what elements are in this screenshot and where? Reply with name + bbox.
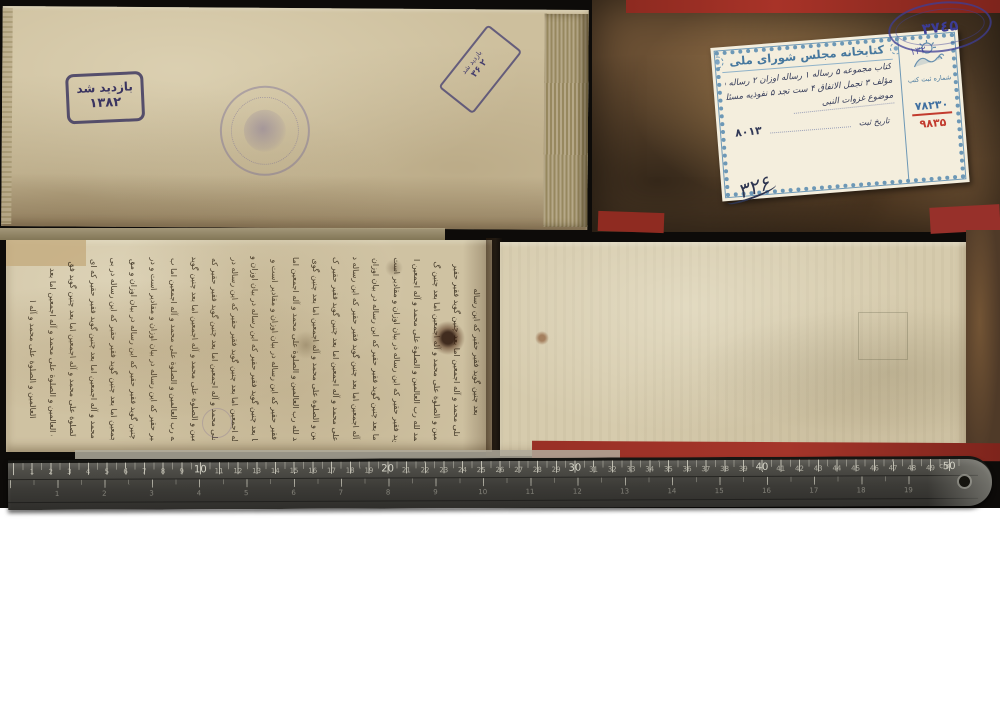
ruler-cm-number: 11	[215, 467, 224, 475]
ruler-cm-number: 50	[943, 461, 956, 472]
diagonal-inspection-stamp: بازدید شد ۳۶ ۲	[438, 24, 522, 114]
ruler-inch-number: 14	[667, 487, 676, 495]
manuscript-text-column: الحمد لله رب العالمین و الصلوة علی محمد …	[309, 258, 322, 440]
ruler-cm-number: 22	[421, 466, 430, 474]
ruler-inch-number: 8	[386, 488, 391, 496]
ruler-cm-number: 48	[907, 464, 916, 472]
ruler-cm-number: 15	[290, 467, 299, 475]
manuscript-text-column: من الرحیم الحمد لله رب العالمین و الصلوة…	[46, 268, 59, 436]
ruler-inch-number: 1	[55, 490, 60, 498]
manuscript-text-column: آله اجمعین اما بعد چنین گوید فقیر حقیر ک…	[127, 259, 140, 440]
manuscript-text-column: یم الحمد لله رب العالمین و الصلوة علی مح…	[430, 261, 443, 440]
manuscript-text-column: لصلوة علی محمد و آله اجمعین اما بعد چنین…	[349, 256, 362, 440]
manuscript-text-column: اما بعد چنین گوید فقیر حقیر که این رساله…	[268, 259, 281, 442]
ruler-inch-number: 5	[244, 489, 249, 497]
ruler-cm-number: 9	[179, 467, 184, 475]
page-stack-left-edge	[1, 8, 13, 224]
rosette-ornament-icon	[715, 56, 724, 69]
manuscript-text-column: ة علی محمد و آله اجمعین اما بعد چنین گوی…	[107, 257, 120, 440]
date-value: ۸۰۱۳	[734, 124, 762, 140]
ruler-cm-number: 43	[814, 465, 823, 473]
manuscript-back-cover: بازدید شد ۱۳۸۲ بازدید شد ۳۶ ۲	[1, 6, 589, 230]
manuscript-text-column: رحمن الرحیم الحمد لله رب العالمین و الصل…	[167, 258, 180, 441]
paper-spots	[500, 242, 970, 456]
ruler-cm-number: 34	[645, 465, 654, 473]
manuscript-text-column: لحمد لله رب العالمین و الصلوة علی محمد و…	[188, 256, 201, 441]
label-inner-frame: شماره ثبت کتب ۷۸۲۳۰ ۹۸۳۵ کتابخانه مجلس ش…	[714, 32, 967, 199]
ruler-inch-number: 10	[478, 488, 487, 496]
right-blank-page	[500, 242, 970, 456]
ruler-cm-number: 7	[142, 468, 147, 476]
inspection-stamp-year: ۱۳۸۲	[69, 94, 142, 113]
ruler-cm-number: 47	[889, 464, 898, 472]
manuscript-text-column: بسم الله الرحمن الرحیم الحمد لله رب العا…	[26, 300, 39, 418]
ruler-cm-number: 42	[795, 465, 804, 473]
ruler-cm-number: 13	[252, 467, 261, 475]
ruler-inch-number: 15	[715, 487, 724, 495]
manuscript-text-column: رب العالمین و الصلوة علی محمد و آله اجمع…	[450, 264, 463, 436]
digitized-manuscript-photo: بازدید شد ۱۳۸۲ بازدید شد ۳۶ ۲	[0, 0, 1000, 707]
manuscript-text-column: الصلوة علی محمد و آله اجمعین اما بعد چنی…	[470, 288, 483, 416]
accession-number: ۳۷٤۵	[921, 16, 960, 38]
ruler-cm-number: 37	[701, 465, 710, 473]
round-library-stamp	[220, 85, 311, 176]
ruler-cm-number: 20	[381, 463, 394, 474]
ruler-cm-number: 18	[346, 467, 355, 475]
ruler-cm-number: 32	[608, 465, 617, 473]
ruler-inch-number: 12	[573, 488, 582, 496]
faint-stamp-impression	[202, 408, 232, 438]
cover-leather-edge	[966, 230, 1000, 460]
ruler-cm-number: 49	[926, 464, 935, 472]
ruler-inch-number: 3	[149, 490, 154, 498]
ruler-cm-number: 21	[402, 466, 411, 474]
ruler-inch-number: 13	[620, 487, 629, 495]
ruler-hanging-hole	[959, 476, 970, 487]
left-page-with-text: بسم الله الرحمن الرحیم الحمد لله رب العا…	[6, 240, 492, 452]
registry-number-blue: ۷۸۲۳۰	[911, 97, 952, 116]
ruler-cm-number: 27	[514, 466, 523, 474]
ruler-cm-number: 14	[271, 467, 280, 475]
ruler-cm-number: 8	[161, 467, 166, 475]
ruler-cm-number: 46	[870, 464, 879, 472]
ruler-cm-number: 41	[776, 465, 785, 473]
inspection-stamp: بازدید شد ۱۳۸۲	[65, 71, 145, 124]
manuscript-text-column: ن اما بعد چنین گوید فقیر حقیر که این رسا…	[390, 257, 403, 442]
manuscript-text-column: المین و الصلوة علی محمد و آله اجمعین اما…	[87, 259, 100, 439]
ruler-cm-number: 26	[495, 466, 504, 474]
ruler-cm-number: 35	[664, 465, 673, 473]
leather-front-cover: شماره ثبت کتب ۷۸۲۳۰ ۹۸۳۵ کتابخانه مجلس ش…	[592, 0, 1000, 232]
metal-ruler: 1234567891011121314151617181920212223242…	[8, 456, 992, 510]
ruler-inch-number: 18	[857, 486, 866, 494]
registry-number-red: ۹۸۳۵	[913, 115, 953, 131]
manuscript-text-column: الرحمن الرحیم الحمد لله رب العالمین و ال…	[289, 257, 302, 441]
label-registry-column: شماره ثبت کتب ۷۸۲۳۰ ۹۸۳۵	[897, 33, 965, 183]
ruler-cm-number: 10	[194, 464, 207, 475]
ruler-cm-number: 28	[533, 466, 542, 474]
ruler-cm-number: 40	[756, 462, 769, 473]
manuscript-text-column: ه الرحمن الرحیم الحمد لله رب العالمین و …	[410, 259, 423, 441]
ruler-cm-number: 5	[105, 468, 110, 476]
ruler-cm-number: 33	[626, 465, 635, 473]
page-stack-fore-edge	[543, 14, 588, 228]
ruler-cm-number: 24	[458, 466, 467, 474]
ruler-inch-number: 16	[762, 487, 771, 495]
ruler-unit-label: cm	[939, 462, 950, 470]
ruler-cm-number: 4	[86, 468, 91, 476]
ruler-inch-number: 17	[809, 487, 818, 495]
label-main-area: کتابخانه مجلس شورای ملی کتاب مجموعه ۵ رس…	[715, 37, 909, 197]
manuscript-text-column: ا بعد چنین گوید فقیر حقیر که این رساله د…	[147, 257, 160, 441]
photo-background: بازدید شد ۱۳۸۲ بازدید شد ۳۶ ۲	[0, 0, 1000, 508]
manuscript-text-column: مد لله رب العالمین و الصلوة علی محمد و آ…	[66, 261, 79, 437]
date-label: تاریخ ثبت	[858, 116, 890, 127]
ruler-inch-number: 9	[433, 488, 438, 496]
page-edge-sliver	[0, 228, 445, 240]
ruler-cm-number: 3	[67, 468, 72, 476]
manuscript-text-column: لوة علی محمد و آله اجمعین اما بعد چنین گ…	[228, 257, 241, 441]
ruler-inch-number: 19	[904, 486, 913, 494]
ruler-inch-number: 7	[339, 489, 344, 497]
ruler-cm-number: 6	[123, 468, 128, 476]
ruler-cm-number: 2	[48, 468, 53, 476]
ruler-cm-number: 36	[683, 465, 692, 473]
ruler-cm-number: 30	[568, 463, 581, 474]
registry-number-label: شماره ثبت کتب	[907, 73, 951, 84]
ruler-inch-number: 6	[291, 489, 296, 497]
manuscript-text-block: بسم الله الرحمن الرحیم الحمد لله رب العا…	[20, 254, 486, 448]
open-manuscript-spread: بسم الله الرحمن الرحیم الحمد لله رب العا…	[0, 228, 1000, 464]
ruler-inch-number: 4	[197, 489, 202, 497]
label-date-row: تاریخ ثبت ۸۰۱۳	[735, 114, 891, 139]
registry-numbers: ۷۸۲۳۰ ۹۸۳۵	[911, 97, 953, 131]
ruler-cm-number: 12	[233, 467, 242, 475]
library-label: شماره ثبت کتب ۷۸۲۳۰ ۹۸۳۵ کتابخانه مجلس ش…	[710, 29, 969, 202]
ruler-cm-number: 45	[851, 464, 860, 472]
ruler-inch-number: 11	[526, 488, 535, 496]
ruler-inch-number: 2	[102, 490, 107, 498]
ruler-cm-number: 39	[739, 465, 748, 473]
manuscript-text-column: العالمین و الصلوة علی محمد و آله اجمعین …	[329, 257, 342, 442]
ruler-cm-number: 44	[832, 465, 841, 473]
ruler-cm-number: 17	[327, 467, 336, 475]
dotted-leader	[770, 120, 851, 133]
ruler-cm-number: 25	[477, 466, 486, 474]
ruler-cm-number: 38	[720, 465, 729, 473]
ruler-cm-number: 1	[30, 468, 35, 476]
ruler-cm-number: 29	[552, 466, 561, 474]
manuscript-text-column: د و آله اجمعین اما بعد چنین گوید فقیر حق…	[369, 258, 382, 441]
ruler-cm-number: 16	[308, 467, 317, 475]
manuscript-text-column: و آله اجمعین اما بعد چنین گوید فقیر حقیر…	[248, 256, 261, 441]
ruler-cm-number: 19	[364, 467, 373, 475]
ruler-cm-number: 31	[589, 466, 598, 474]
ruler-cm-number: 23	[439, 466, 448, 474]
